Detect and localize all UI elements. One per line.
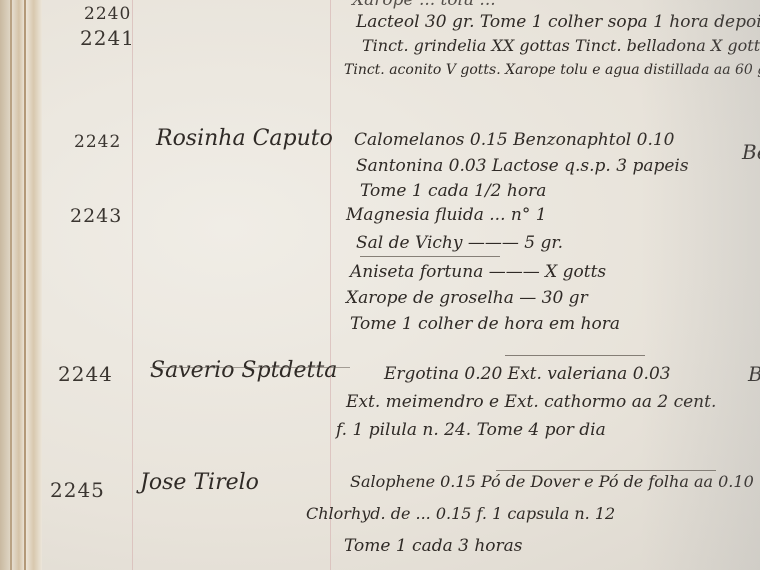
prescription-line: f. 1 pilula n. 24. Tome 4 por dia (336, 420, 606, 440)
prescription-line: Santonina 0.03 Lactose q.s.p. 3 papeis (356, 156, 689, 176)
prescription-line: Tinct. aconito V gotts. Xarope tolu e ag… (344, 62, 760, 78)
entry-number: 2242 (74, 132, 121, 152)
margin-rule (132, 0, 133, 570)
entry-number: 2240 (84, 4, 131, 24)
margin-mark: B (748, 362, 760, 386)
prescription-line: Xarope de groselha — 30 gr (346, 288, 588, 308)
prescription-line: Aniseta fortuna ——— X gotts (350, 262, 606, 282)
prescription-line: Tome 1 colher de hora em hora (350, 314, 620, 334)
prescription-line: Xarope ... tolu ... (352, 0, 496, 10)
entry-number: 2245 (50, 478, 105, 502)
prescription-line: Salophene 0.15 Pó de Dover e Pó de folha… (350, 472, 754, 491)
ledger-page: 2240 2241 Xarope ... tolu ... Lacteol 30… (0, 0, 760, 570)
book-binding-edge (0, 0, 42, 570)
prescription-line: Sal de Vichy ——— 5 gr. (356, 233, 563, 253)
prescription-line: Magnesia fluida ... n° 1 (346, 205, 547, 225)
patient-name: Jose Tirelo (140, 470, 259, 495)
prescription-line: Lacteol 30 gr. Tome 1 colher sopa 1 hora… (356, 12, 760, 32)
entry-number: 2243 (70, 205, 122, 227)
margin-mark: Bel (742, 140, 760, 164)
prescription-line: Tome 1 cada 1/2 hora (360, 181, 546, 201)
entry-number: 2241 (80, 26, 135, 50)
prescription-line: Tinct. grindelia XX gottas Tinct. bellad… (362, 36, 760, 55)
binding-stain-line (24, 0, 26, 570)
prescription-line: Ergotina 0.20 Ext. valeriana 0.03 (384, 364, 671, 384)
underline-rule (360, 256, 500, 257)
patient-name: Saverio Sptdetta (150, 358, 337, 383)
entry-number: 2244 (58, 362, 113, 386)
separator-rule (496, 470, 716, 471)
prescription-line: Tome 1 cada 3 horas (344, 536, 523, 556)
name-underline (150, 367, 350, 368)
margin-rule (330, 0, 331, 570)
separator-rule (505, 355, 645, 356)
prescription-line: Ext. meimendro e Ext. cathormo aa 2 cent… (346, 392, 716, 412)
binding-stain-line (10, 0, 12, 570)
prescription-line: Chlorhyd. de ... 0.15 f. 1 capsula n. 12 (306, 504, 615, 523)
patient-name: Rosinha Caputo (156, 126, 333, 151)
prescription-line: Calomelanos 0.15 Benzonaphtol 0.10 (354, 130, 675, 150)
